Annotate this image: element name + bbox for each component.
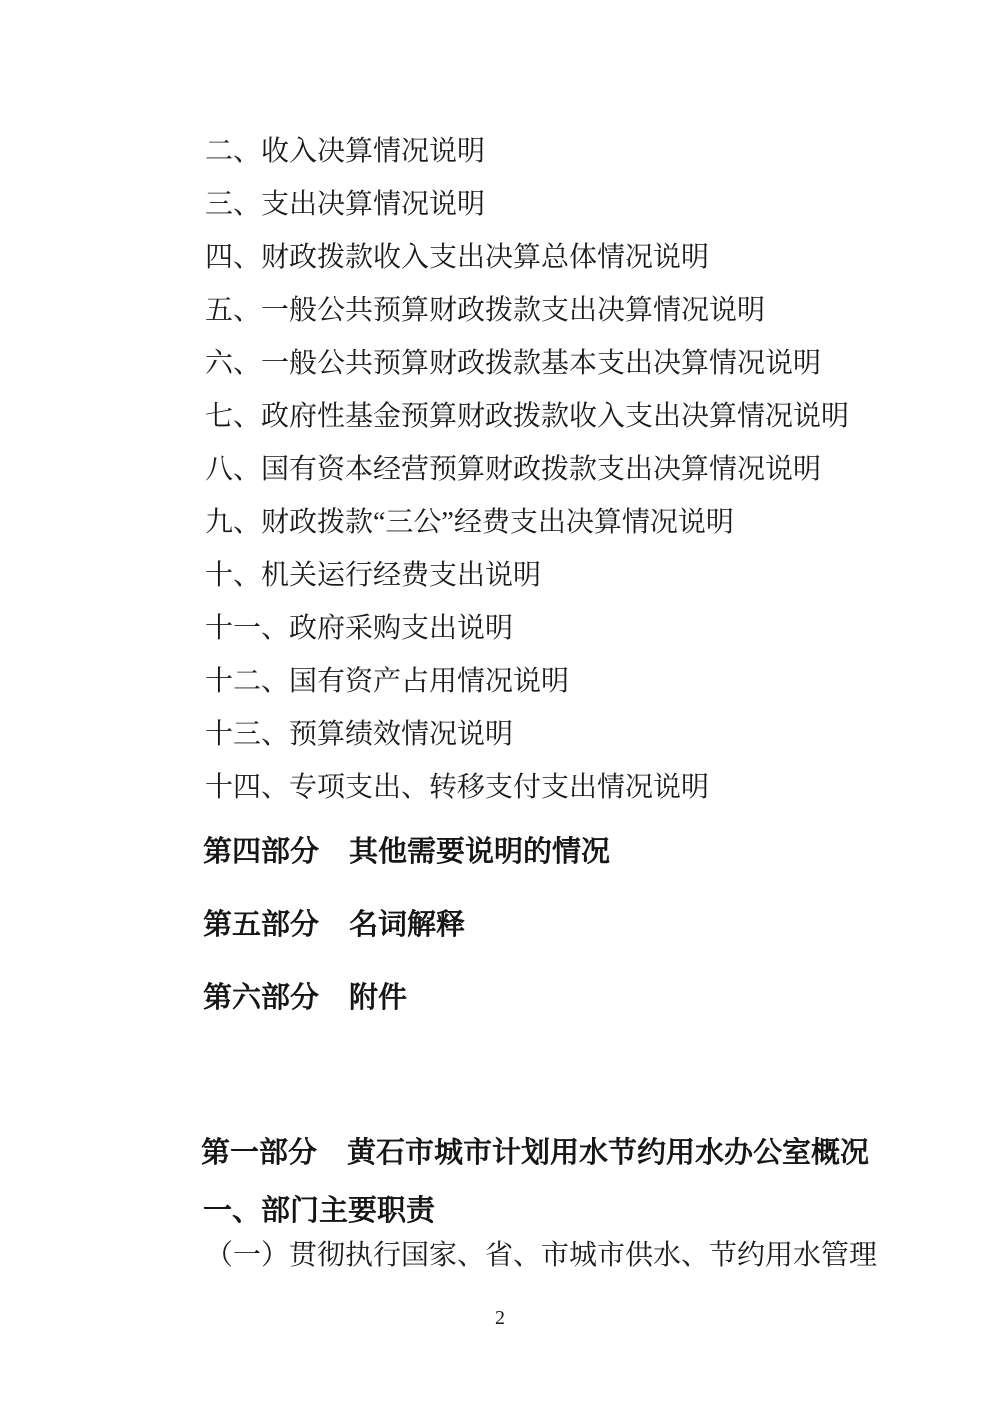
part-label: 第五部分	[203, 909, 319, 941]
part-title: 其他需要说明的情况	[349, 836, 610, 868]
section-heading: 第一部分黄石市城市计划用水节约用水办公室概况	[201, 1139, 869, 1168]
toc-item: 十三、预算绩效情况说明	[205, 708, 849, 761]
section-subheading: 一、部门主要职责	[203, 1197, 435, 1226]
toc-item: 三、支出决算情况说明	[205, 178, 849, 231]
toc-item: 四、财政拨款收入支出决算总体情况说明	[205, 231, 849, 284]
document-page: 二、收入决算情况说明 三、支出决算情况说明 四、财政拨款收入支出决算总体情况说明…	[0, 0, 1000, 1414]
part-title: 附件	[349, 982, 407, 1014]
part-label: 第六部分	[203, 982, 319, 1014]
toc-item: 九、财政拨款“三公”经费支出决算情况说明	[205, 496, 849, 549]
part-heading: 第六部分附件	[203, 962, 610, 1035]
page-number: 2	[0, 1308, 1000, 1328]
toc-item: 二、收入决算情况说明	[205, 125, 849, 178]
part-title: 名词解释	[349, 909, 465, 941]
toc-item: 八、国有资本经营预算财政拨款支出决算情况说明	[205, 443, 849, 496]
part-title: 黄石市城市计划用水节约用水办公室概况	[347, 1137, 869, 1169]
toc-item: 六、一般公共预算财政拨款基本支出决算情况说明	[205, 337, 849, 390]
part-label: 第一部分	[201, 1137, 317, 1169]
toc-item: 十四、专项支出、转移支付支出情况说明	[205, 761, 849, 814]
toc-list: 二、收入决算情况说明 三、支出决算情况说明 四、财政拨款收入支出决算总体情况说明…	[205, 125, 849, 814]
toc-item: 五、一般公共预算财政拨款支出决算情况说明	[205, 284, 849, 337]
part-heading: 第四部分其他需要说明的情况	[203, 816, 610, 889]
toc-item: 七、政府性基金预算财政拨款收入支出决算情况说明	[205, 390, 849, 443]
part-heading: 第五部分名词解释	[203, 889, 610, 962]
toc-part-headings: 第四部分其他需要说明的情况 第五部分名词解释 第六部分附件	[203, 816, 610, 1035]
toc-item: 十一、政府采购支出说明	[205, 602, 849, 655]
toc-item: 十、机关运行经费支出说明	[205, 549, 849, 602]
part-label: 第四部分	[203, 836, 319, 868]
toc-item: 十二、国有资产占用情况说明	[205, 655, 849, 708]
body-paragraph: （一）贯彻执行国家、省、市城市供水、节约用水管理	[205, 1242, 877, 1270]
